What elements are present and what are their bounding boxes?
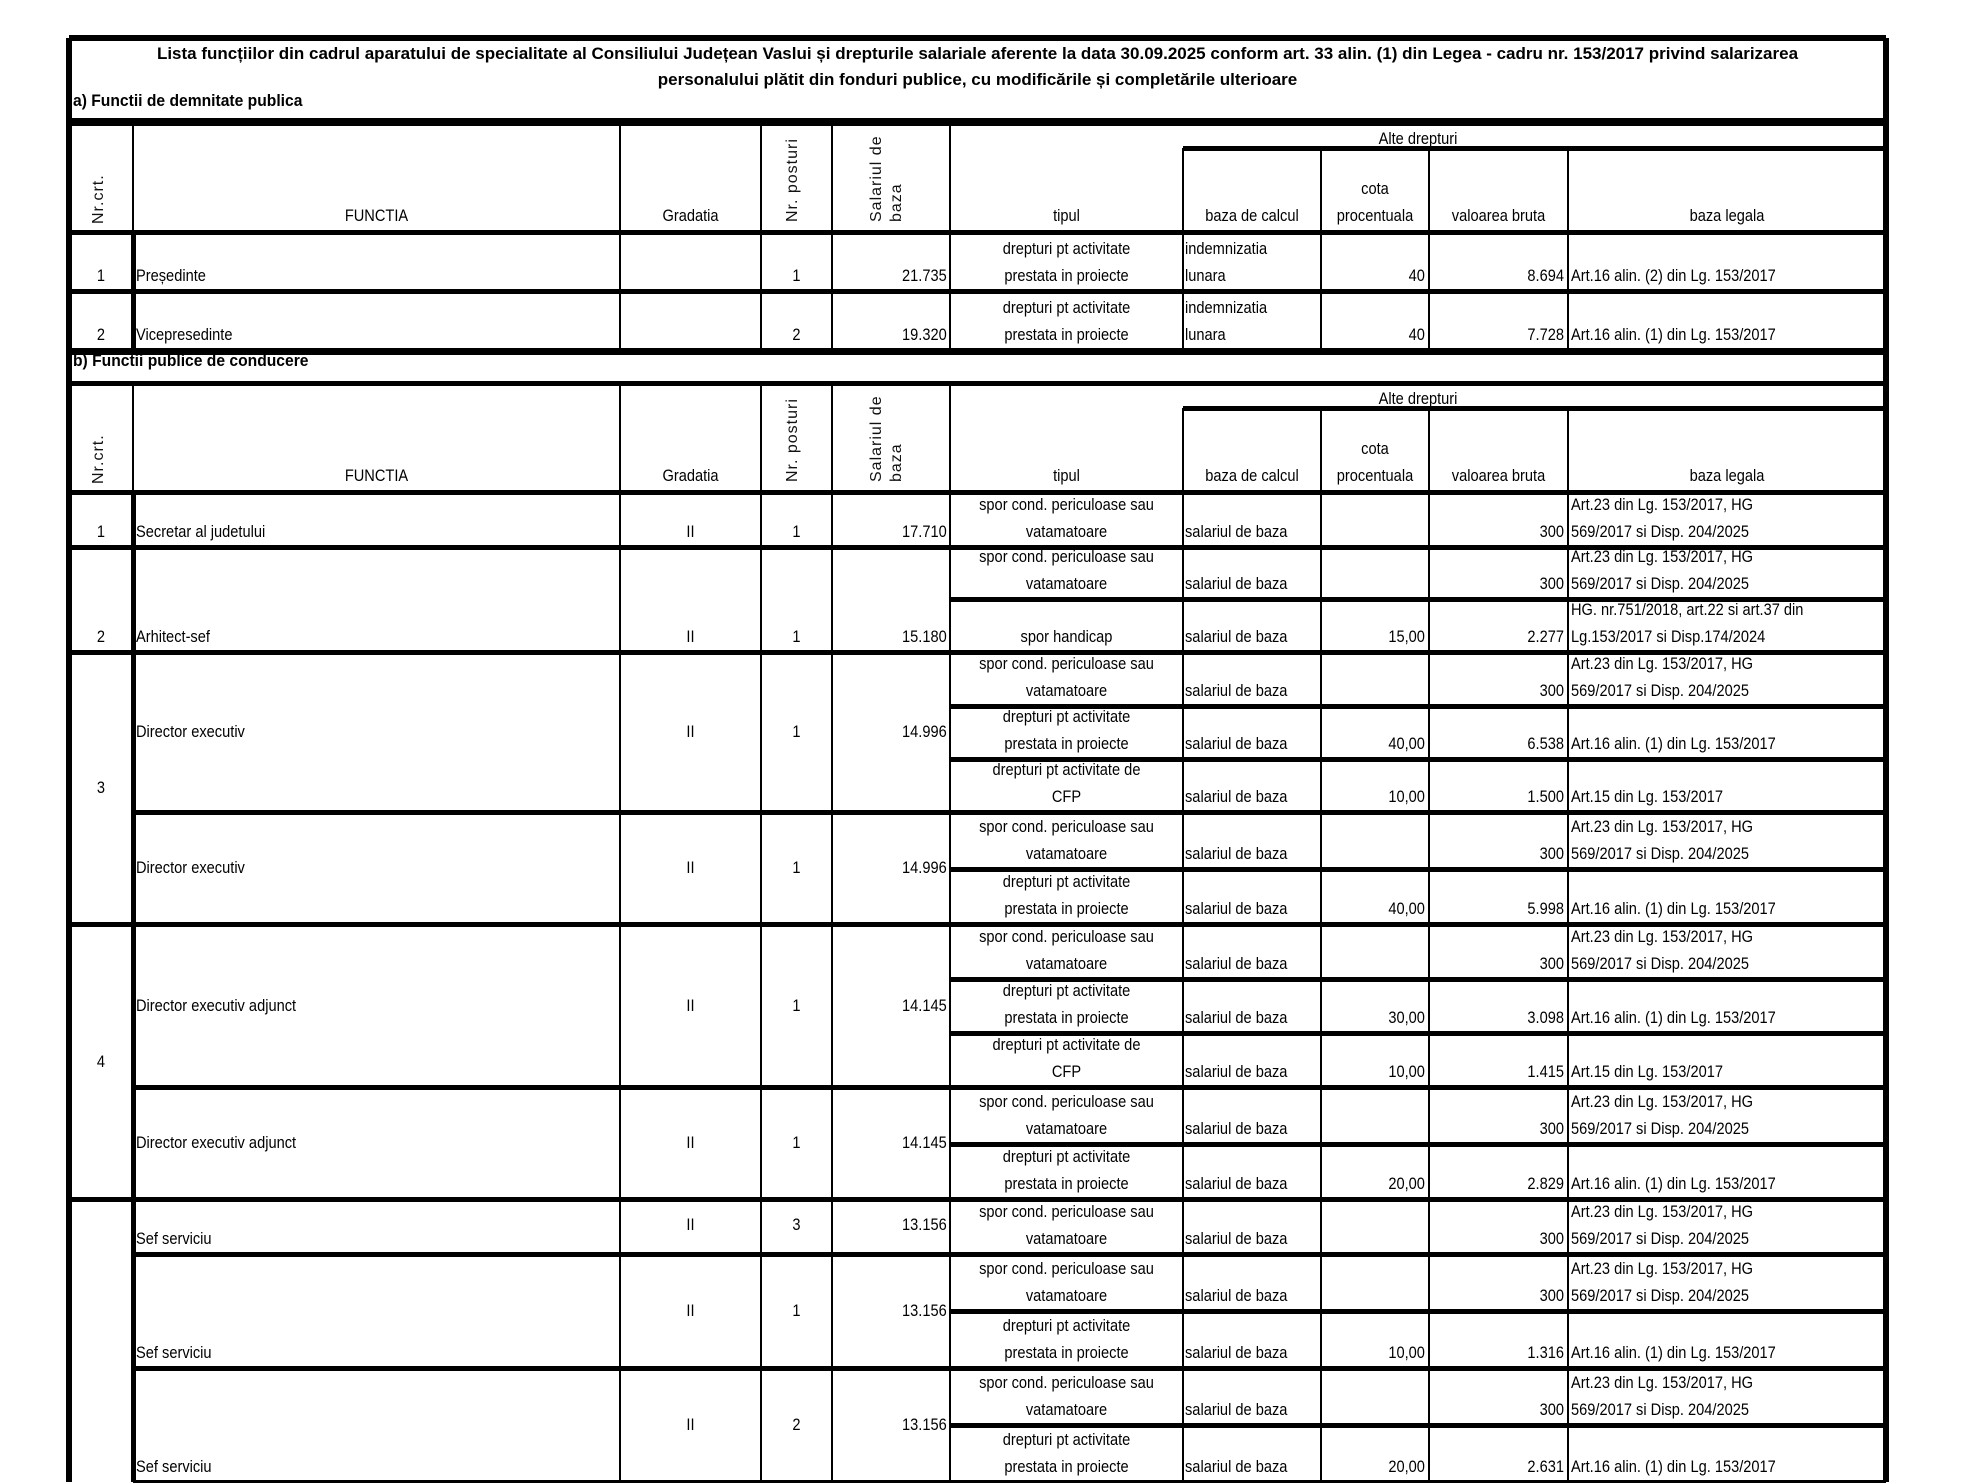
header-col-rule — [831, 123, 833, 232]
right-cota-procentuala: 30,00 — [1321, 1004, 1425, 1031]
row-nr-posturi: 1 — [761, 262, 832, 289]
right-valoarea-bruta: 2.829 — [1429, 1170, 1564, 1197]
row-nr-posturi: 1 — [761, 1129, 832, 1156]
right-baza-legala: Art.23 din Lg. 153/2017, HG — [1571, 650, 1753, 677]
right-valoarea-bruta: 2.277 — [1429, 623, 1564, 650]
right-baza-calcul: salariul de baza — [1185, 950, 1287, 977]
row-gradatia: II — [620, 1211, 761, 1238]
right-baza-calcul: salariul de baza — [1185, 1396, 1287, 1423]
header-col-rule — [831, 383, 833, 492]
col-rule — [1567, 599, 1569, 652]
right-valoarea-bruta: 5.998 — [1429, 895, 1564, 922]
right-valoarea-bruta: 1.316 — [1429, 1339, 1564, 1366]
right-baza-calcul: salariul de baza — [1185, 783, 1287, 810]
right-tipul: vatamatoare — [950, 1282, 1183, 1309]
right-baza-legala: Art.23 din Lg. 153/2017, HG — [1571, 1088, 1753, 1115]
right-baza-calcul: salariul de baza — [1185, 1058, 1287, 1085]
col-rule — [619, 232, 621, 291]
right-cota-procentuala: 40,00 — [1321, 895, 1425, 922]
right-tipul: spor cond. periculoase sau — [950, 1088, 1183, 1115]
right-baza-calcul: salariul de baza — [1185, 518, 1287, 545]
right-baza-legala: Art.23 din Lg. 153/2017, HG — [1571, 1255, 1753, 1282]
right-valoarea-bruta: 300 — [1429, 570, 1564, 597]
right-tipul: drepturi pt activitate — [950, 868, 1183, 895]
header-nr-crt: Nr.crt. — [90, 174, 108, 224]
right-baza-legala: Art.23 din Lg. 153/2017, HG — [1571, 923, 1753, 950]
section-rule — [69, 350, 1886, 355]
section-label: a) Functii de demnitate publica — [73, 87, 302, 114]
col-rule — [1567, 812, 1569, 869]
col-rule — [1320, 652, 1322, 706]
right-baza-legala: HG. nr.751/2018, art.22 si art.37 din — [1571, 596, 1803, 623]
row-functia: Sef serviciu — [136, 1225, 212, 1252]
row-functia: Director executiv adjunct — [136, 1129, 296, 1156]
row-salariul-de-baza: 19.320 — [832, 321, 947, 348]
right-baza-legala: 569/2017 si Disp. 204/2025 — [1571, 570, 1749, 597]
right-tipul: vatamatoare — [950, 1396, 1183, 1423]
right-baza-legala: 569/2017 si Disp. 204/2025 — [1571, 1115, 1749, 1142]
right-baza-calcul: lunara — [1185, 321, 1226, 348]
col-rule — [1567, 1368, 1569, 1425]
col-rule — [1567, 1033, 1569, 1087]
row-nr-crt: 4 — [69, 1048, 133, 1075]
header-nr-posturi: Nr. posturi — [784, 138, 802, 222]
row-nr-crt: 1 — [69, 262, 133, 289]
header-salariul-de-baza: Salariul de — [868, 135, 886, 222]
row-functia: Sef serviciu — [136, 1339, 212, 1366]
right-baza-legala: 569/2017 si Disp. 204/2025 — [1571, 1396, 1749, 1423]
col-rule — [1320, 1199, 1322, 1254]
right-baza-legala: Art.23 din Lg. 153/2017, HG — [1571, 1369, 1753, 1396]
row-functia: Director executiv — [136, 718, 245, 745]
row-nr-crt: 2 — [69, 623, 133, 650]
right-valoarea-bruta: 2.631 — [1429, 1453, 1564, 1480]
frame-right — [1883, 38, 1889, 1482]
right-baza-calcul: salariul de baza — [1185, 730, 1287, 757]
header-functia: FUNCTIA — [133, 202, 620, 229]
col-rule — [1567, 232, 1569, 291]
right-baza-legala: Art.23 din Lg. 153/2017, HG — [1571, 543, 1753, 570]
row-nr-posturi: 2 — [761, 321, 832, 348]
header-valoarea-bruta: valoarea bruta — [1429, 202, 1568, 229]
right-tipul: spor cond. periculoase sau — [950, 543, 1183, 570]
col-rule — [1567, 291, 1569, 350]
right-baza-legala: 569/2017 si Disp. 204/2025 — [1571, 677, 1749, 704]
right-tipul: vatamatoare — [950, 1225, 1183, 1252]
col-rule — [1320, 812, 1322, 869]
right-tipul: spor cond. periculoase sau — [950, 1369, 1183, 1396]
header-baza-legala: baza legala — [1568, 202, 1886, 229]
right-valoarea-bruta: 300 — [1429, 1225, 1564, 1252]
right-baza-legala: Art.16 alin. (1) din Lg. 153/2017 — [1571, 1453, 1776, 1480]
row-salariul-de-baza: 15.180 — [832, 623, 947, 650]
right-tipul: prestata in proiecte — [950, 895, 1183, 922]
col-rule — [1567, 492, 1569, 547]
right-tipul: drepturi pt activitate de — [950, 1031, 1183, 1058]
right-valoarea-bruta: 300 — [1429, 840, 1564, 867]
right-valoarea-bruta: 3.098 — [1429, 1004, 1564, 1031]
right-tipul: drepturi pt activitate — [950, 1143, 1183, 1170]
right-baza-calcul: salariul de baza — [1185, 1453, 1287, 1480]
right-valoarea-bruta: 1.415 — [1429, 1058, 1564, 1085]
header-alte-drepturi: Alte drepturi — [950, 125, 1886, 152]
header-nr-crt: Nr.crt. — [90, 434, 108, 484]
right-tipul: prestata in proiecte — [950, 262, 1183, 289]
right-tipul: vatamatoare — [950, 570, 1183, 597]
row-functia: Secretar al judetului — [136, 518, 265, 545]
right-baza-calcul: salariul de baza — [1185, 840, 1287, 867]
row-nr-crt: 3 — [69, 774, 133, 801]
right-tipul: prestata in proiecte — [950, 1453, 1183, 1480]
right-tipul: prestata in proiecte — [950, 730, 1183, 757]
right-tipul: drepturi pt activitate — [950, 235, 1183, 262]
document-title-line-1: Lista funcțiilor din cadrul aparatului d… — [70, 40, 1885, 67]
frame-top — [69, 35, 1886, 41]
row-salariul-de-baza: 21.735 — [832, 262, 947, 289]
right-baza-legala: 569/2017 si Disp. 204/2025 — [1571, 1225, 1749, 1252]
right-valoarea-bruta: 300 — [1429, 518, 1564, 545]
right-tipul: spor cond. periculoase sau — [950, 923, 1183, 950]
right-baza-legala: 569/2017 si Disp. 204/2025 — [1571, 950, 1749, 977]
right-baza-calcul: salariul de baza — [1185, 1225, 1287, 1252]
right-tipul: vatamatoare — [950, 677, 1183, 704]
right-baza-legala: 569/2017 si Disp. 204/2025 — [1571, 840, 1749, 867]
right-tipul: vatamatoare — [950, 840, 1183, 867]
col-rule — [1567, 924, 1569, 979]
header-tipul: tipul — [950, 202, 1183, 229]
header-salariul-de-baza: Salariul de — [868, 395, 886, 482]
right-tipul: CFP — [950, 1058, 1183, 1085]
row-functia: Arhitect-sef — [136, 623, 210, 650]
right-tipul: vatamatoare — [950, 1115, 1183, 1142]
row-functia: Sef serviciu — [136, 1453, 212, 1480]
right-valoarea-bruta: 300 — [1429, 1282, 1564, 1309]
col-rule — [1567, 1087, 1569, 1144]
right-cota-procentuala: 10,00 — [1321, 783, 1425, 810]
row-gradatia: II — [620, 854, 761, 881]
right-baza-calcul: lunara — [1185, 262, 1226, 289]
right-valoarea-bruta: 6.538 — [1429, 730, 1564, 757]
right-baza-calcul: salariul de baza — [1185, 570, 1287, 597]
right-tipul: drepturi pt activitate — [950, 294, 1183, 321]
right-baza-legala: Lg.153/2017 si Disp.174/2024 — [1571, 623, 1765, 650]
right-baza-legala: Art.15 din Lg. 153/2017 — [1571, 783, 1723, 810]
row-nr-posturi: 1 — [761, 992, 832, 1019]
right-valoarea-bruta: 300 — [1429, 1115, 1564, 1142]
right-tipul: drepturi pt activitate de — [950, 756, 1183, 783]
right-cota-procentuala: 10,00 — [1321, 1058, 1425, 1085]
right-baza-legala: Art.16 alin. (1) din Lg. 153/2017 — [1571, 1170, 1776, 1197]
col-rule — [1320, 924, 1322, 979]
right-valoarea-bruta: 300 — [1429, 950, 1564, 977]
header-gradatia: Gradatia — [620, 202, 761, 229]
right-baza-legala: Art.16 alin. (1) din Lg. 153/2017 — [1571, 730, 1776, 757]
col-rule — [1567, 1144, 1569, 1199]
col-rule — [1320, 492, 1322, 547]
right-baza-calcul: salariul de baza — [1185, 1282, 1287, 1309]
row-salariul-de-baza: 14.996 — [832, 854, 947, 881]
header-baza-calcul: baza de calcul — [1183, 202, 1321, 229]
col-rule — [1567, 652, 1569, 706]
right-baza-legala: Art.16 alin. (1) din Lg. 153/2017 — [1571, 1339, 1776, 1366]
col-rule — [1567, 759, 1569, 812]
right-baza-legala: Art.23 din Lg. 153/2017, HG — [1571, 813, 1753, 840]
right-tipul: vatamatoare — [950, 950, 1183, 977]
row-salariul-de-baza: 14.145 — [832, 1129, 947, 1156]
right-cota-procentuala: 40 — [1321, 321, 1425, 348]
document-title-line-2: personalului plătit din fonduri publice,… — [70, 66, 1885, 93]
right-baza-calcul: salariul de baza — [1185, 1170, 1287, 1197]
col-rule — [1567, 1425, 1569, 1482]
col-rule — [1567, 869, 1569, 924]
right-tipul: prestata in proiecte — [950, 1004, 1183, 1031]
right-baza-legala: Art.16 alin. (1) din Lg. 153/2017 — [1571, 895, 1776, 922]
row-salariul-de-baza: 13.156 — [832, 1411, 947, 1438]
row-gradatia: II — [620, 518, 761, 545]
right-tipul: prestata in proiecte — [950, 1339, 1183, 1366]
right-valoarea-bruta: 7.728 — [1429, 321, 1564, 348]
header-cota: cota — [1321, 175, 1429, 202]
right-baza-calcul: salariul de baza — [1185, 1004, 1287, 1031]
right-tipul: prestata in proiecte — [950, 321, 1183, 348]
right-tipul: spor cond. periculoase sau — [950, 650, 1183, 677]
col-rule — [1567, 1199, 1569, 1254]
row-salariul-de-baza: 17.710 — [832, 518, 947, 545]
row-salariul-de-baza: 14.145 — [832, 992, 947, 1019]
right-baza-legala: Art.16 alin. (2) din Lg. 153/2017 — [1571, 262, 1776, 289]
header-alte-drepturi: Alte drepturi — [950, 385, 1886, 412]
right-cota-procentuala: 40,00 — [1321, 730, 1425, 757]
right-tipul: drepturi pt activitate — [950, 703, 1183, 730]
right-cota-procentuala: 40 — [1321, 262, 1425, 289]
right-tipul: spor cond. periculoase sau — [950, 1255, 1183, 1282]
header-gradatia: Gradatia — [620, 462, 761, 489]
right-tipul: vatamatoare — [950, 518, 1183, 545]
row-gradatia: II — [620, 1129, 761, 1156]
header-salariul-de-baza-2: baza — [888, 443, 906, 482]
col-rule — [1320, 1254, 1322, 1311]
frame-left — [66, 38, 72, 1482]
right-tipul: spor cond. periculoase sau — [950, 491, 1183, 518]
row-gradatia: II — [620, 992, 761, 1019]
row-nr-crt: 2 — [69, 321, 133, 348]
right-baza-calcul: indemnizatia — [1185, 294, 1267, 321]
right-baza-calcul: salariul de baza — [1185, 1339, 1287, 1366]
row-nr-posturi: 1 — [761, 518, 832, 545]
right-tipul: spor handicap — [950, 623, 1183, 650]
row-salariul-de-baza: 14.996 — [832, 718, 947, 745]
col-rule — [1567, 979, 1569, 1033]
right-baza-legala: Art.16 alin. (1) din Lg. 153/2017 — [1571, 1004, 1776, 1031]
header-baza-calcul: baza de calcul — [1183, 462, 1321, 489]
row-salariul-de-baza: 13.156 — [832, 1297, 947, 1324]
header-valoarea-bruta: valoarea bruta — [1429, 462, 1568, 489]
right-tipul: drepturi pt activitate — [950, 1312, 1183, 1339]
col-rule — [1567, 1311, 1569, 1368]
right-baza-legala: Art.16 alin. (1) din Lg. 153/2017 — [1571, 321, 1776, 348]
col-rule — [1320, 1087, 1322, 1144]
header-tipul: tipul — [950, 462, 1183, 489]
col-rule — [1567, 706, 1569, 759]
header-baza-legala: baza legala — [1568, 462, 1886, 489]
col-rule — [1567, 1254, 1569, 1311]
right-baza-legala: 569/2017 si Disp. 204/2025 — [1571, 1282, 1749, 1309]
row-functia: Președinte — [136, 262, 206, 289]
right-valoarea-bruta: 1.500 — [1429, 783, 1564, 810]
row-nr-posturi: 3 — [761, 1211, 832, 1238]
header-nr-posturi: Nr. posturi — [784, 398, 802, 482]
right-tipul: drepturi pt activitate — [950, 977, 1183, 1004]
right-baza-legala: Art.23 din Lg. 153/2017, HG — [1571, 491, 1753, 518]
col-rule — [1567, 547, 1569, 599]
right-tipul: spor cond. periculoase sau — [950, 813, 1183, 840]
row-gradatia: II — [620, 1297, 761, 1324]
header-cota-procentuala: procentuala — [1321, 202, 1429, 229]
col-rule — [619, 291, 621, 350]
right-baza-calcul: indemnizatia — [1185, 235, 1267, 262]
header-cota: cota — [1321, 435, 1429, 462]
row-nr-posturi: 1 — [761, 854, 832, 881]
row-nr-crt: 1 — [69, 518, 133, 545]
right-cota-procentuala: 10,00 — [1321, 1339, 1425, 1366]
right-cota-procentuala: 20,00 — [1321, 1453, 1425, 1480]
row-functia: Director executiv — [136, 854, 245, 881]
right-cota-procentuala: 20,00 — [1321, 1170, 1425, 1197]
right-tipul: spor cond. periculoase sau — [950, 1198, 1183, 1225]
right-baza-calcul: salariul de baza — [1185, 677, 1287, 704]
row-nr-posturi: 1 — [761, 623, 832, 650]
col-rule — [1320, 1368, 1322, 1425]
right-baza-legala: Art.15 din Lg. 153/2017 — [1571, 1058, 1723, 1085]
row-gradatia: II — [620, 623, 761, 650]
right-baza-legala: Art.23 din Lg. 153/2017, HG — [1571, 1198, 1753, 1225]
row-gradatia: II — [620, 1411, 761, 1438]
right-baza-calcul: salariul de baza — [1185, 895, 1287, 922]
right-tipul: drepturi pt activitate — [950, 1426, 1183, 1453]
row-functia: Vicepresedinte — [136, 321, 232, 348]
right-cota-procentuala: 15,00 — [1321, 623, 1425, 650]
header-cota-procentuala: procentuala — [1321, 462, 1429, 489]
row-functia: Director executiv adjunct — [136, 992, 296, 1019]
row-nr-posturi: 1 — [761, 1297, 832, 1324]
header-functia: FUNCTIA — [133, 462, 620, 489]
right-baza-calcul: salariul de baza — [1185, 1115, 1287, 1142]
right-tipul: prestata in proiecte — [950, 1170, 1183, 1197]
col-rule — [1320, 547, 1322, 599]
right-valoarea-bruta: 8.694 — [1429, 262, 1564, 289]
right-valoarea-bruta: 300 — [1429, 1396, 1564, 1423]
right-tipul: CFP — [950, 783, 1183, 810]
header-salariul-de-baza-2: baza — [888, 183, 906, 222]
right-baza-calcul: salariul de baza — [1185, 623, 1287, 650]
row-salariul-de-baza: 13.156 — [832, 1211, 947, 1238]
row-nr-posturi: 1 — [761, 718, 832, 745]
row-nr-posturi: 2 — [761, 1411, 832, 1438]
row-gradatia: II — [620, 718, 761, 745]
right-valoarea-bruta: 300 — [1429, 677, 1564, 704]
right-baza-legala: 569/2017 si Disp. 204/2025 — [1571, 518, 1749, 545]
